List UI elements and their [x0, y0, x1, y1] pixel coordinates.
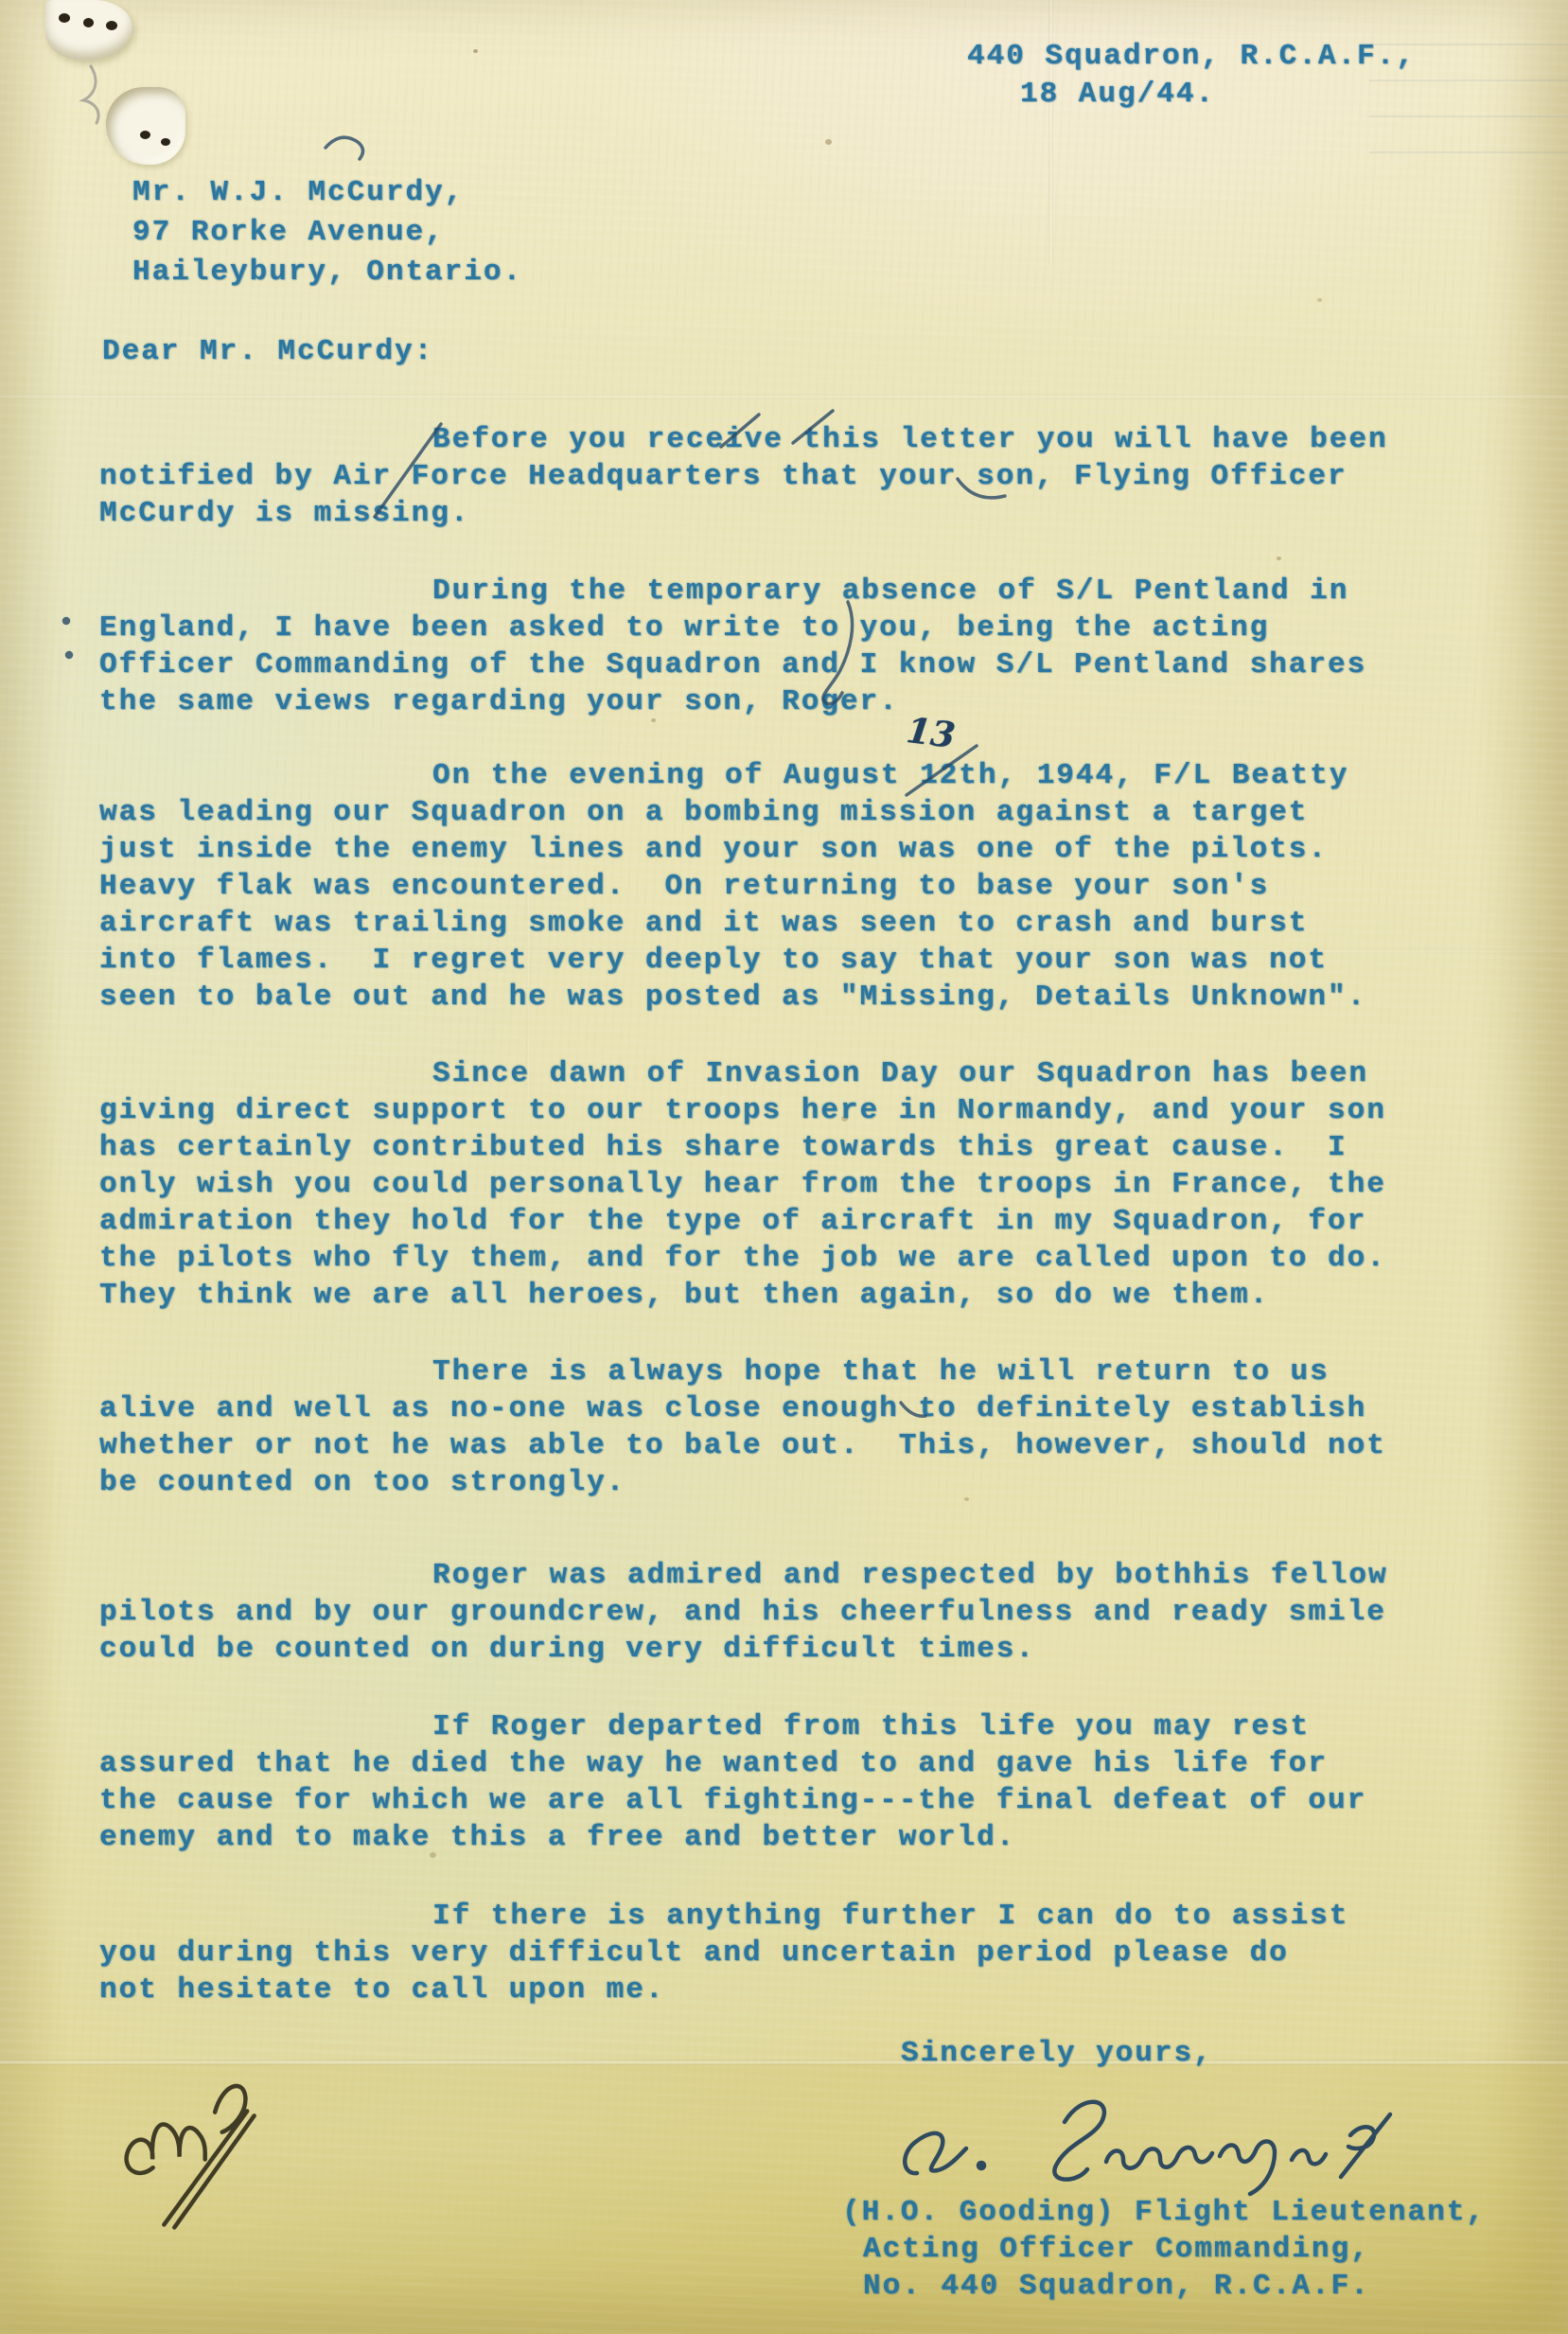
letterhead-date: 18 Aug/44. — [1020, 76, 1215, 113]
recipient-city: Haileybury, Ontario. — [132, 253, 522, 292]
body-paragraph-7: If Roger departed from this life you may… — [99, 1708, 1500, 1856]
body-paragraph-4: Since dawn of Invasion Day our Squadron … — [99, 1055, 1500, 1314]
body-paragraph-8: If there is anything further I can do to… — [99, 1898, 1500, 2008]
body-paragraph-3: On the evening of August 12th, 1944, F/L… — [99, 757, 1500, 1016]
body-paragraph-1: Before you receive this letter you will … — [99, 421, 1500, 532]
handwritten-date-correction: 13 — [905, 709, 958, 756]
signoff-typed-name: (H.O. Gooding) Flight Lieutenant, — [842, 2194, 1486, 2231]
salutation: Dear Mr. McCurdy: — [102, 333, 433, 370]
signoff-typed-unit: No. 440 Squadron, R.C.A.F. — [863, 2268, 1370, 2305]
recipient-name: Mr. W.J. McCurdy, — [132, 173, 464, 213]
body-paragraph-6: Roger was admired and respected by bothh… — [99, 1557, 1500, 1668]
signoff-typed-title: Acting Officer Commanding, — [863, 2231, 1370, 2268]
recipient-street: 97 Rorke Avenue, — [132, 213, 445, 253]
letter-scan: { "letterhead": { "unit": "440 Squadron,… — [0, 0, 1568, 2334]
letterhead-unit: 440 Squadron, R.C.A.F., — [967, 38, 1416, 75]
body-paragraph-2: During the temporary absence of S/L Pent… — [99, 573, 1500, 720]
body-paragraph-5: There is always hope that he will return… — [99, 1353, 1500, 1501]
valediction: Sincerely yours, — [901, 2035, 1213, 2072]
